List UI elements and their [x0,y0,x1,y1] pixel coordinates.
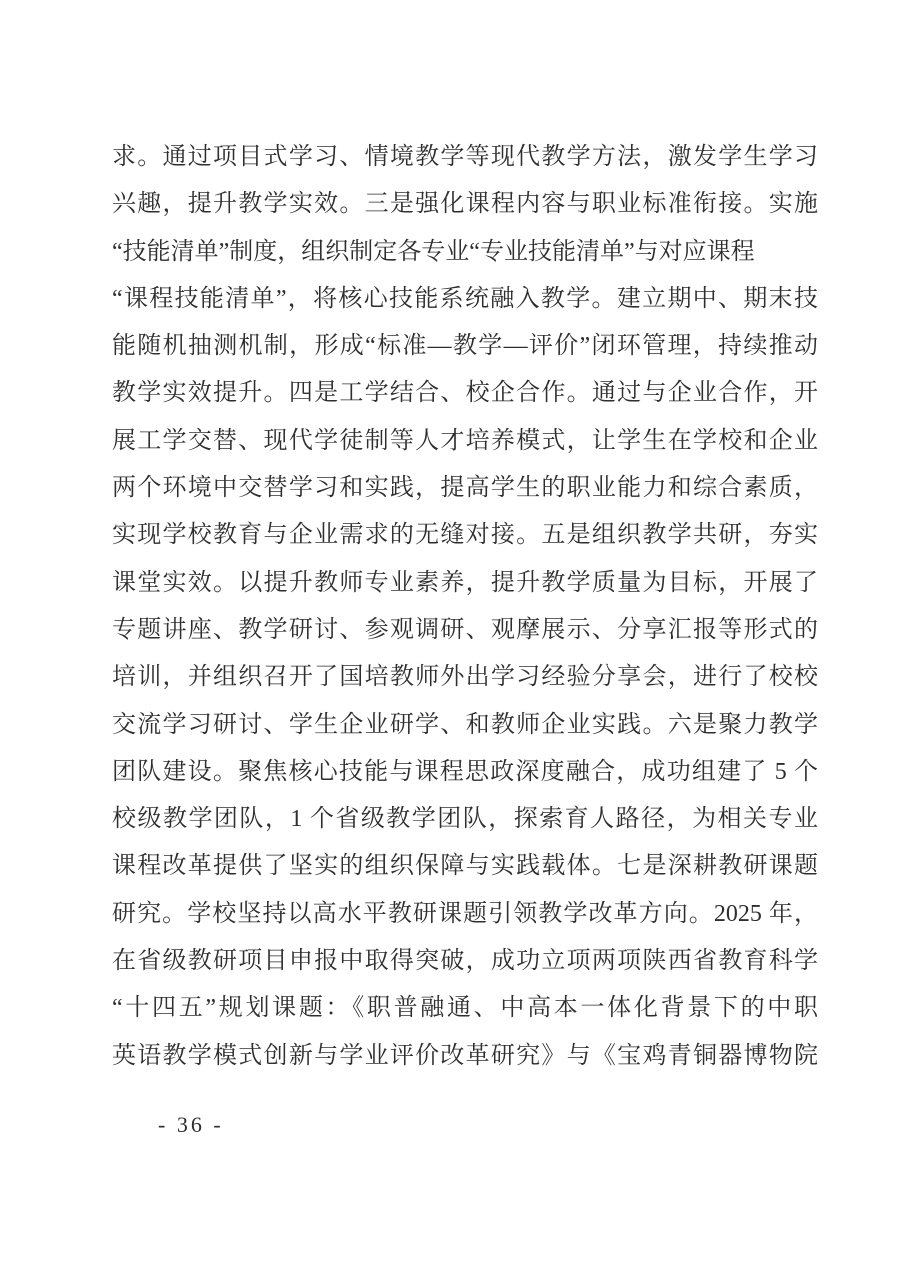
body-text-line: 实现学校教育与企业需求的无缝对接。五是组织教学共研，夯实 [112,512,818,559]
document-page: 求。通过项目式学习、情境教学等现代教学方法，激发学生学习 兴趣，提升教学实效。三… [0,0,900,1273]
body-text-line: 展工学交替、现代学徒制等人才培养模式，让学生在学校和企业 [112,418,818,465]
body-text-line: 研究。学校坚持以高水平教研课题引领教学改革方向。2025 年， [112,891,818,938]
body-text-line: 校级教学团队，1 个省级教学团队，探索育人路径，为相关专业 [112,796,818,843]
page-number: - 36 - [158,1112,224,1138]
body-text-line: 培训，并组织召开了国培教师外出学习经验分享会，进行了校校 [112,654,818,701]
body-text-line: 课程改革提供了坚实的组织保障与实践载体。七是深耕教研课题 [112,843,818,890]
body-text-line: “课程技能清单”，将核心技能系统融入教学。建立期中、期末技 [112,276,818,323]
body-text-line: 专题讲座、教学研讨、参观调研、观摩展示、分享汇报等形式的 [112,607,818,654]
body-text-line: 兴趣，提升教学实效。三是强化课程内容与职业标准衔接。实施 [112,181,818,228]
body-text-line: 两个环境中交替学习和实践，提高学生的职业能力和综合素质， [112,465,818,512]
body-text-line: 教学实效提升。四是工学结合、校企合作。通过与企业合作，开 [112,370,818,417]
body-text-line: 在省级教研项目申报中取得突破，成功立项两项陕西省教育科学 [112,938,818,985]
body-text-line: “技能清单”制度，组织制定各专业“专业技能清单”与对应课程 [112,229,818,276]
body-text-line: 英语教学模式创新与学业评价改革研究》与《宝鸡青铜器博物院 [112,1033,818,1080]
body-text-line: 求。通过项目式学习、情境教学等现代教学方法，激发学生学习 [112,134,818,181]
body-text-line: 课堂实效。以提升教师专业素养，提升教学质量为目标，开展了 [112,560,818,607]
body-text-line: “十四五”规划课题：《职普融通、中高本一体化背景下的中职 [112,985,818,1032]
body-text-line: 能随机抽测机制，形成“标准—教学—评价”闭环管理，持续推动 [112,323,818,370]
body-text: 求。通过项目式学习、情境教学等现代教学方法，激发学生学习 兴趣，提升教学实效。三… [112,134,818,1080]
body-text-line: 交流学习研讨、学生企业研学、和教师企业实践。六是聚力教学 [112,702,818,749]
body-text-line: 团队建设。聚焦核心技能与课程思政深度融合，成功组建了 5 个 [112,749,818,796]
